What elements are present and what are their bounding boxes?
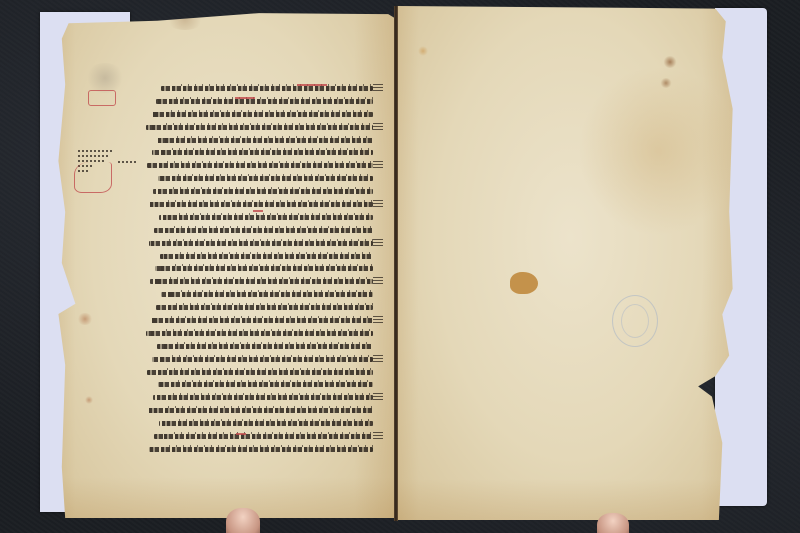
diacritics <box>168 200 373 202</box>
text-line <box>145 378 373 391</box>
handwritten-text <box>147 163 373 168</box>
line-end-note <box>373 432 383 440</box>
text-line <box>145 404 373 417</box>
ink-blot <box>510 272 538 294</box>
line-end-note <box>373 200 383 208</box>
diacritics <box>171 110 373 112</box>
diacritics <box>176 303 373 305</box>
text-line <box>145 185 373 198</box>
handwritten-text <box>150 279 373 284</box>
diacritics <box>172 148 373 150</box>
diacritics <box>171 316 373 318</box>
handwritten-text <box>151 112 373 117</box>
line-end-note <box>373 277 383 285</box>
diacritics <box>174 432 373 434</box>
text-line <box>145 430 373 443</box>
diacritics <box>179 213 373 215</box>
handwritten-text <box>146 331 373 336</box>
text-line <box>145 417 373 430</box>
seal-impression <box>612 295 658 347</box>
text-line <box>145 301 373 314</box>
handwritten-text <box>157 344 373 349</box>
right-thumb <box>597 513 629 533</box>
text-line <box>145 391 373 404</box>
handwritten-text <box>146 125 373 130</box>
handwritten-text <box>159 215 373 220</box>
text-line <box>145 340 373 353</box>
text-line <box>145 288 373 301</box>
handwritten-text <box>154 434 373 439</box>
handwritten-text <box>158 176 373 181</box>
handwritten-text <box>149 447 373 452</box>
handwritten-text <box>161 86 373 91</box>
line-end-note <box>373 123 383 131</box>
handwritten-text <box>156 99 373 104</box>
text-line <box>145 262 373 275</box>
diacritics <box>173 187 373 189</box>
book-gutter <box>394 6 398 521</box>
diacritics <box>177 136 373 138</box>
line-end-note <box>373 84 383 92</box>
diacritics <box>169 445 373 447</box>
stain-spot <box>85 396 93 404</box>
handwritten-text <box>155 266 373 271</box>
manuscript-photo: Photograph of an open handwritten Arabic… <box>0 0 800 533</box>
handwritten-text <box>158 382 373 387</box>
line-end-note <box>373 393 383 401</box>
red-outline-note <box>74 162 112 193</box>
stain-spot <box>77 313 93 325</box>
text-line <box>145 172 373 185</box>
diacritics <box>180 252 373 254</box>
diacritics <box>170 277 373 279</box>
text-line <box>145 275 373 288</box>
text-line <box>145 198 373 211</box>
text-line <box>145 121 373 134</box>
text-line <box>145 134 373 147</box>
handwritten-text <box>159 421 373 426</box>
marginal-note-small <box>118 161 138 166</box>
diacritics <box>167 161 373 163</box>
handwritten-text <box>147 370 373 375</box>
handwritten-text <box>152 150 373 155</box>
rubric-mark <box>236 433 246 435</box>
smudge <box>85 63 125 93</box>
diacritics <box>178 380 373 382</box>
line-end-note <box>373 355 383 363</box>
text-line <box>145 159 373 172</box>
text-line <box>145 95 373 108</box>
text-line <box>145 211 373 224</box>
diacritics <box>167 368 373 370</box>
stain-spot <box>660 78 672 88</box>
text-line <box>145 250 373 263</box>
diacritics <box>176 97 373 99</box>
diacritics <box>166 123 373 125</box>
text-line <box>145 108 373 121</box>
handwritten-text <box>153 395 373 400</box>
diacritics <box>178 174 373 176</box>
red-marginal-note <box>88 90 116 106</box>
diacritics <box>181 290 373 292</box>
text-line <box>145 443 373 456</box>
diacritics <box>174 226 373 228</box>
stain-spot <box>418 46 428 56</box>
diacritics <box>168 406 373 408</box>
text-line <box>145 146 373 159</box>
rubric-mark <box>235 97 255 99</box>
text-line <box>145 327 373 340</box>
line-end-note <box>373 239 383 247</box>
handwritten-text <box>152 357 373 362</box>
diacritics <box>173 393 373 395</box>
water-stain <box>578 66 738 236</box>
text-line <box>145 82 373 95</box>
diacritics <box>169 239 373 241</box>
handwritten-text <box>149 241 373 246</box>
handwritten-text <box>153 189 373 194</box>
stain-spot <box>663 56 677 68</box>
text-line <box>145 314 373 327</box>
line-end-note <box>373 161 383 169</box>
handwritten-text <box>148 408 373 413</box>
line-end-note <box>373 316 383 324</box>
diacritics <box>179 419 373 421</box>
text-line <box>145 353 373 366</box>
diacritics <box>172 355 373 357</box>
handwritten-text <box>157 138 373 143</box>
handwritten-text <box>154 228 373 233</box>
rubric-mark <box>253 210 263 212</box>
diacritics <box>175 264 373 266</box>
manuscript-text-block <box>145 82 373 457</box>
text-line <box>145 237 373 250</box>
handwritten-text <box>160 254 373 259</box>
text-line <box>145 366 373 379</box>
handwritten-text <box>161 292 373 297</box>
text-line <box>145 224 373 237</box>
left-thumb <box>226 508 260 533</box>
rubric-mark <box>297 84 327 86</box>
right-page <box>398 6 743 520</box>
handwritten-text <box>156 305 373 310</box>
handwritten-text <box>151 318 373 323</box>
diacritics <box>177 342 373 344</box>
handwritten-text <box>148 202 373 207</box>
diacritics <box>166 329 373 331</box>
diacritics <box>181 84 373 86</box>
